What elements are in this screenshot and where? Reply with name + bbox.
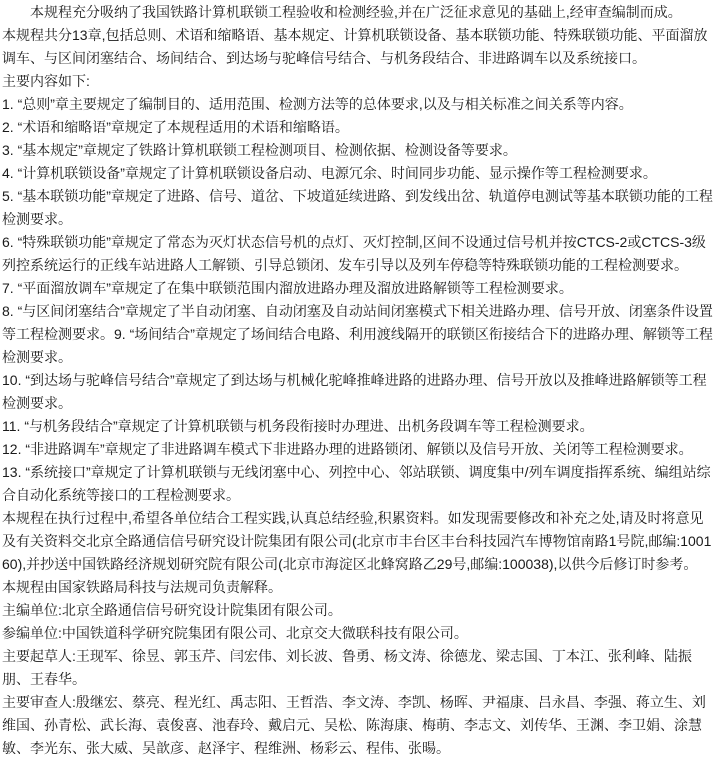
paragraph-interpretation-authority: 本规程由国家铁路局科技与法规司负责解释。 — [2, 576, 714, 599]
paragraph-chapter-5-summary: 5. “基本联锁功能”章规定了进路、信号、道岔、下坡道延续进路、到发线出岔、轨道… — [2, 185, 714, 231]
paragraph-chapter-8-9-summary: 8. “与区间闭塞结合”章规定了半自动闭塞、自动闭塞及自动站间闭塞模式下相关进路… — [2, 300, 714, 369]
paragraph-chapter-3-summary: 3. “基本规定”章规定了铁路计算机联锁工程检测项目、检测依据、检测设备等要求。 — [2, 139, 714, 162]
paragraph-chapter-13-summary: 13. “系统接口”章规定了计算机联锁与无线闭塞中心、列控中心、邻站联锁、调度集… — [2, 461, 714, 507]
paragraph-chapter-7-summary: 7. “平面溜放调车”章规定了在集中联锁范围内溜放进路办理及溜放进路解锁等工程检… — [2, 277, 714, 300]
paragraph-chapter-1-summary: 1. “总则”章主要规定了编制目的、适用范围、检测方法等的总体要求,以及与相关标… — [2, 93, 714, 116]
paragraph-chapter-4-summary: 4. “计算机联锁设备”章规定了计算机联锁设备启动、电源冗余、时间同步功能、显示… — [2, 162, 714, 185]
paragraph-participating-units: 参编单位:中国铁道科学研究院集团有限公司、北京交大微联科技有限公司。 — [2, 622, 714, 645]
paragraph-chapter-10-summary: 10. “到达场与驼峰信号结合”章规定了到达场与机械化驼峰推峰进路的进路办理、信… — [2, 369, 714, 415]
paragraph-chapter-2-summary: 2. “术语和缩略语”章规定了本规程适用的术语和缩略语。 — [2, 116, 714, 139]
paragraph-main-drafters: 主要起草人:王现军、徐昱、郭玉芹、闫宏伟、刘长波、鲁勇、杨文涛、徐德龙、梁志国、… — [2, 645, 714, 691]
paragraph-main-reviewers: 主要审查人:殷继宏、蔡亮、程光红、禹志阳、王哲浩、李文涛、李凯、杨晖、尹福康、吕… — [2, 691, 714, 760]
paragraph-foreword-origin: 本规程充分吸纳了我国铁路计算机联锁工程验收和检测经验,并在广泛征求意见的基础上,… — [2, 1, 714, 24]
document-page: 本规程充分吸纳了我国铁路计算机联锁工程验收和检测经验,并在广泛征求意见的基础上,… — [0, 0, 716, 780]
paragraph-structure-overview: 本规程共分13章,包括总则、术语和缩略语、基本规定、计算机联锁设备、基本联锁功能… — [2, 24, 714, 70]
paragraph-feedback-address: 本规程在执行过程中,希望各单位结合工程实践,认真总结经验,积累资料。如发现需要修… — [2, 507, 714, 576]
paragraph-contents-heading: 主要内容如下: — [2, 70, 714, 93]
paragraph-chief-editing-unit: 主编单位:北京全路通信信号研究设计院集团有限公司。 — [2, 599, 714, 622]
paragraph-chapter-6-summary: 6. “特殊联锁功能”章规定了常态为灭灯状态信号机的点灯、灭灯控制,区间不设通过… — [2, 231, 714, 277]
paragraph-chapter-11-summary: 11. “与机务段结合”章规定了计算机联锁与机务段衔接时办理进、出机务段调车等工… — [2, 415, 714, 438]
paragraph-chapter-12-summary: 12. “非进路调车”章规定了非进路调车模式下非进路办理的进路锁闭、解锁以及信号… — [2, 438, 714, 461]
